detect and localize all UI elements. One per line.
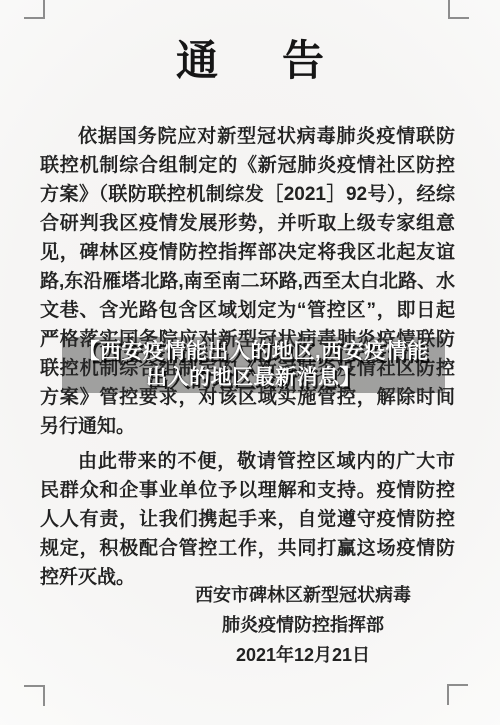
notice-paragraph-1: 依据国务院应对新型冠状病毒肺炎疫情联防联控机制综合组制定的《新冠肺炎疫情社区防控… <box>40 122 455 441</box>
crop-mark-top-right <box>448 0 469 19</box>
news-caption-overlay: 【西安疫情能出入的地区,西安疫情能 出入的地区最新消息】 <box>62 337 445 393</box>
caption-line-1: 【西安疫情能出入的地区,西安疫情能 <box>78 339 428 365</box>
crop-mark-bottom-right <box>447 684 468 705</box>
crop-mark-top-left <box>24 0 45 19</box>
crop-mark-bottom-left <box>24 685 45 706</box>
signature-org-line-1: 西安市碑林区新型冠状病毒 <box>195 580 411 610</box>
notice-title: 通 告 <box>0 28 500 88</box>
notice-title-char-right: 告 <box>282 28 324 88</box>
notice-paragraph-2: 由此带来的不便，敬请管控区域内的广大市民群众和企事业单位予以理解和支持。疫情防控… <box>40 447 455 592</box>
signature-org-line-2: 肺炎疫情防控指挥部 <box>195 610 411 640</box>
caption-line-2: 出入的地区最新消息】 <box>146 365 361 391</box>
signature-date: 2021年12月21日 <box>195 640 411 670</box>
notice-title-char-left: 通 <box>176 28 218 88</box>
signature-block: 西安市碑林区新型冠状病毒 肺炎疫情防控指挥部 2021年12月21日 <box>195 580 411 670</box>
notice-photo: 通 告 依据国务院应对新型冠状病毒肺炎疫情联防联控机制综合组制定的《新冠肺炎疫情… <box>0 0 500 725</box>
